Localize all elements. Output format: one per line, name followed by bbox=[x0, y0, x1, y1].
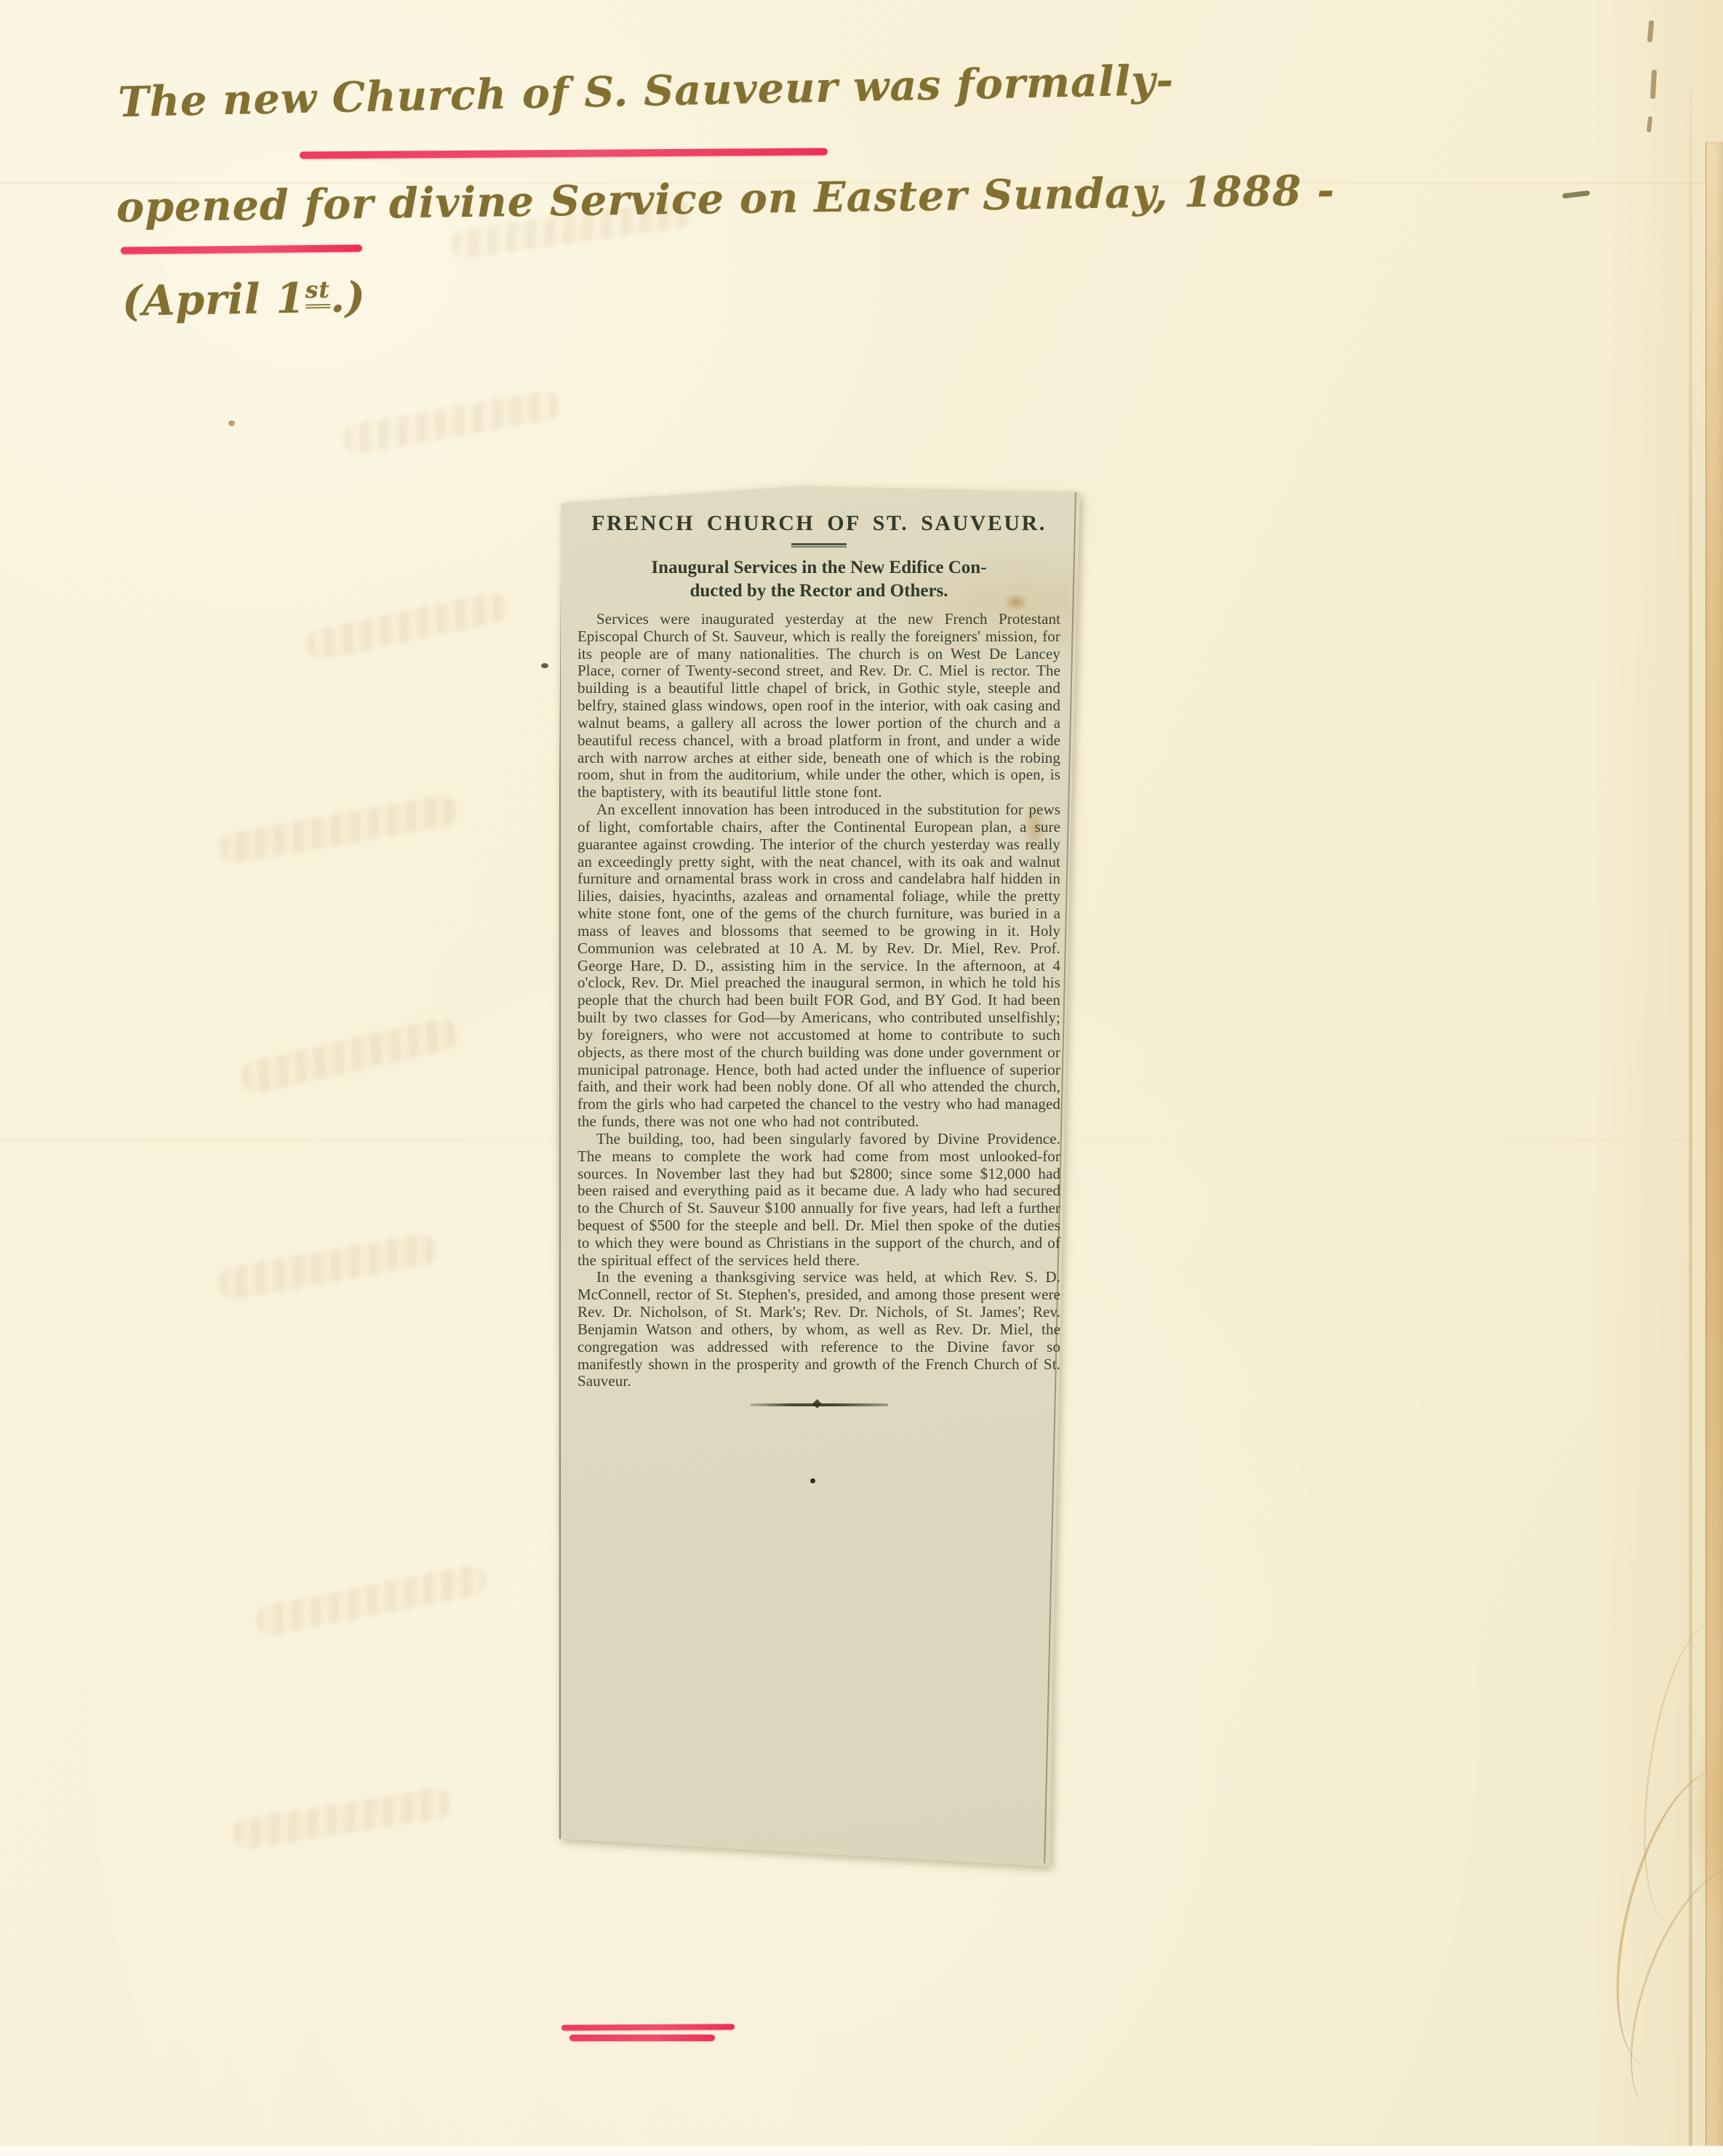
page-stain-dot bbox=[541, 663, 548, 668]
article-end-rule bbox=[750, 1403, 888, 1406]
clipping-cut-mark bbox=[1066, 489, 1076, 492]
clipping-paragraph: An excellent innovation has been introdu… bbox=[577, 801, 1060, 1131]
clipping-cut-mark bbox=[950, 486, 969, 489]
caption-text: for divine Service on Easter Sunday, 188… bbox=[289, 166, 1335, 229]
caption-text: .) bbox=[329, 273, 366, 322]
red-underline bbox=[121, 244, 362, 254]
subhead-line2: ducted by the Rector and Others. bbox=[689, 581, 948, 601]
stray-ink-dash bbox=[1562, 191, 1591, 199]
caption-text: (April 1 bbox=[121, 274, 305, 326]
ghost-writing-smudge bbox=[239, 1016, 459, 1096]
ghost-writing-smudge bbox=[232, 1787, 452, 1851]
subhead-line1: Inaugural Services in the New Edifice Co… bbox=[651, 558, 986, 577]
clipping-paragraph: In the evening a thanksgiving service wa… bbox=[577, 1269, 1060, 1390]
handwritten-caption-line3: (April 1st.) bbox=[121, 273, 366, 326]
clipping-headline: FRENCH CHURCH OF ST. SAUVEUR. bbox=[577, 511, 1060, 536]
newspaper-clipping-wrapper: FRENCH CHURCH OF ST. SAUVEUR. Inaugural … bbox=[557, 482, 1082, 1868]
handwritten-caption-line1: The new Church of S. Sauveur was formall… bbox=[117, 56, 1174, 127]
ghost-writing-smudge bbox=[254, 1563, 488, 1638]
handwritten-caption-line2: opened for divine Service on Easter Sund… bbox=[116, 166, 1335, 231]
scan-edge bbox=[0, 2146, 1723, 2156]
clipping-subhead: Inaugural Services in the New Edifice Co… bbox=[577, 556, 1060, 602]
clipping-content: FRENCH CHURCH OF ST. SAUVEUR. Inaugural … bbox=[557, 482, 1082, 1406]
corner-stain bbox=[1654, 1694, 1723, 2000]
ordinal-superscript: st bbox=[305, 277, 330, 309]
headline-divider bbox=[791, 543, 847, 548]
red-marker-line bbox=[561, 2024, 735, 2030]
page-stain-dot bbox=[228, 420, 235, 426]
clipping-paragraph: Services were inaugurated yesterday at t… bbox=[577, 611, 1060, 801]
red-underline bbox=[300, 148, 828, 159]
caption-underlined-text: opened bbox=[116, 180, 290, 231]
red-marker-line bbox=[569, 2035, 715, 2041]
clipping-paragraph: The building, too, had been singularly f… bbox=[577, 1131, 1060, 1270]
ghost-writing-smudge bbox=[305, 590, 511, 662]
scrapbook-page: The new Church of S. Sauveur was formall… bbox=[0, 0, 1723, 2156]
caption-text: The bbox=[117, 76, 223, 127]
ghost-writing-smudge bbox=[341, 388, 561, 456]
ghost-writing-smudge bbox=[217, 794, 459, 866]
clipping-ink-speck bbox=[810, 1478, 815, 1483]
ghost-writing-smudge bbox=[217, 1232, 437, 1301]
clipping-body: Services were inaugurated yesterday at t… bbox=[577, 611, 1060, 1390]
caption-underlined-text: new Church of S. Sauveur was formally- bbox=[222, 56, 1174, 124]
newspaper-clipping: FRENCH CHURCH OF ST. SAUVEUR. Inaugural … bbox=[557, 482, 1082, 1868]
